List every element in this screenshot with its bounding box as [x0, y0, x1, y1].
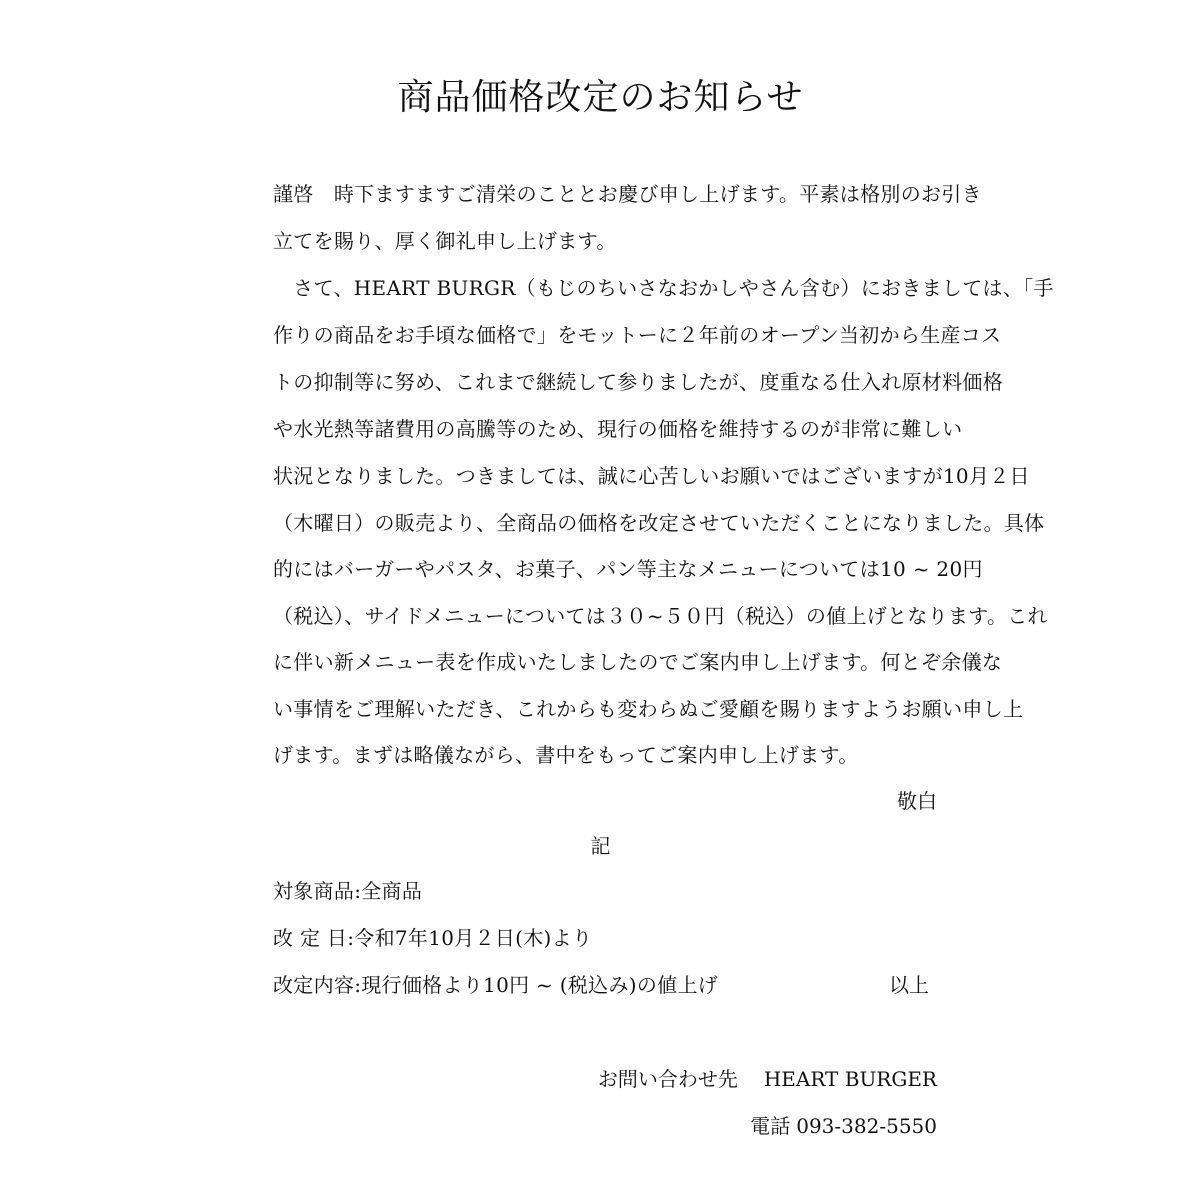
page-title: 商品価格改定のお知らせ	[0, 74, 1201, 122]
detail-target-products: 対象商品:全商品	[273, 877, 943, 905]
body-line: 状況となりました。つきましては、誠に心苦しいお願いではございますが10月２日	[273, 462, 943, 490]
notice-page: 商品価格改定のお知らせ 謹啓 時下ますますご清栄のこととお慶び申し上げます。平素…	[0, 0, 1201, 1200]
detail-label: 対象商品	[273, 879, 354, 903]
ki-heading: 記	[0, 832, 1201, 860]
detail-label: 改定内容	[273, 973, 354, 997]
phone-number: 093-382-5550	[796, 1114, 937, 1138]
contact-label: お問い合わせ先	[598, 1067, 738, 1091]
detail-value: 現行価格より10円 ~ (税込み)の値上げ	[361, 973, 718, 997]
body-line: 作りの商品をお手頃な価格で」をモットーに２年前のオープン当初から生産コス	[273, 321, 943, 349]
body-line: い事情をご理解いただき、これからも変わらぬご愛顧を賜りますようお願い申し上	[273, 695, 943, 723]
phone-line: 電話093-382-5550	[750, 1112, 937, 1140]
contact-line: お問い合わせ先HEART BURGER	[598, 1065, 937, 1093]
body-line: 的にはバーガーやパスタ、お菓子、パン等主なメニューについては10 ~ 20円	[273, 555, 943, 583]
body-line: （税込）、サイドメニューについては３０~５０円（税込）の値上げとなります。これ	[273, 602, 943, 630]
body-line: 立てを賜り、厚く御礼申し上げます。	[273, 227, 943, 255]
body-line: に伴い新メニュー表を作成いたしましたのでご案内申し上げます。何とぞ余儀な	[273, 648, 943, 676]
detail-value: 令和7年10月２日(木)より	[354, 926, 592, 950]
body-line: や水光熱等諸費用の高騰等のため、現行の価格を維持するのが非常に難しい	[273, 415, 943, 443]
detail-revision-content: 改定内容:現行価格より10円 ~ (税込み)の値上げ	[273, 971, 943, 999]
closing-keihaku: 敬白	[897, 787, 937, 815]
detail-value: 全商品	[361, 879, 422, 903]
body-line: （木曜日）の販売より、全商品の価格を改定させていただくことになりました。具体	[273, 509, 943, 537]
body-line: 謹啓 時下ますますご清栄のこととお慶び申し上げます。平素は格別のお引き	[273, 180, 943, 208]
detail-revision-date: 改 定 日:令和7年10月２日(木)より	[273, 924, 943, 952]
phone-label: 電話	[750, 1114, 790, 1138]
body-line: さて、HEART BURGR（もじのちいさなおかしやさん含む）におきましては、「…	[273, 274, 943, 302]
ijou-closing: 以上	[889, 971, 929, 999]
contact-name: HEART BURGER	[764, 1067, 937, 1091]
detail-label: 改 定 日	[273, 926, 347, 950]
body-line: トの抑制等に努め、これまで継続して参りましたが、度重なる仕入れ原材料価格	[273, 368, 943, 396]
body-line: げます。まずは略儀ながら、書中をもってご案内申し上げます。	[273, 741, 943, 769]
